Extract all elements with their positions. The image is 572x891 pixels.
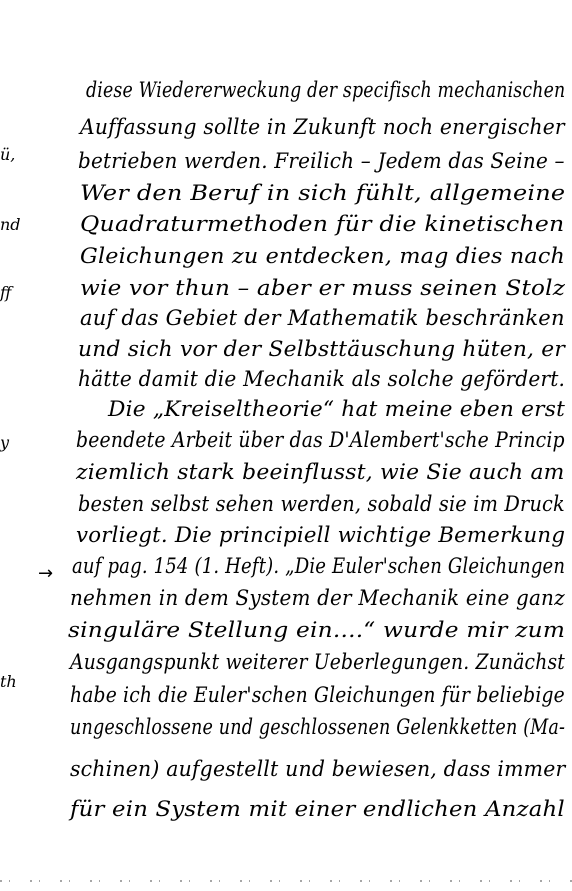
margin-arrow-icon: → [38, 563, 53, 584]
scan-artifact-line [0, 880, 572, 882]
text-line-22: schinen) aufgestellt und bewiesen, dass … [70, 757, 565, 781]
text-line-6: Gleichungen zu entdecken, mag dies nach [80, 244, 565, 268]
text-line-5: Quadraturmethoden für die kinetischen [80, 212, 564, 236]
text-line-23: für ein System mit einer endlichen Anzah… [70, 797, 565, 821]
text-line-2: Auffassung sollte in Zukunft noch energi… [80, 115, 565, 139]
margin-fragment: ü, [0, 145, 15, 164]
text-line-17: nehmen in dem System der Mechanik eine g… [70, 586, 565, 610]
text-line-20: habe ich die Euler'schen Gleichungen für… [70, 683, 565, 707]
text-line-1: diese Wiedererweckung der specifisch mec… [86, 78, 565, 102]
text-line-3: betrieben werden. Freilich – Jedem das S… [78, 149, 565, 173]
text-line-4: Wer den Beruf in sich fühlt, allgemeine [80, 181, 565, 205]
text-line-10: hätte damit die Mechanik als solche gefö… [78, 367, 565, 391]
text-line-8: auf das Gebiet der Mathematik beschränke… [80, 306, 565, 330]
text-line-21: ungeschlossene und geschlossenen Gelenkk… [70, 715, 565, 739]
margin-fragment: ff [0, 283, 11, 302]
text-line-7: wie vor thun – aber er muss seinen Stolz [80, 276, 565, 300]
text-line-11: Die „Kreiseltheorie“ hat meine eben erst [108, 397, 565, 421]
text-line-15: vorliegt. Die principiell wichtige Bemer… [76, 523, 565, 547]
text-line-16: auf pag. 154 (1. Heft). „Die Euler'schen… [72, 554, 565, 578]
text-line-9: und sich vor der Selbsttäuschung hüten, … [78, 337, 565, 361]
margin-fragment: nd [0, 215, 21, 234]
text-line-14: besten selbst sehen werden, sobald sie i… [78, 492, 565, 516]
text-line-12: beendete Arbeit über das D'Alembert'sche… [76, 428, 565, 452]
text-line-18: singuläre Stellung ein....“ wurde mir zu… [68, 618, 565, 642]
margin-fragment: th [0, 672, 17, 691]
margin-fragment: y [0, 433, 9, 452]
text-line-13: ziemlich stark beeinflusst, wie Sie auch… [76, 460, 565, 484]
text-line-19: Ausgangspunkt weiterer Ueberlegungen. Zu… [70, 650, 565, 674]
manuscript-page: diese Wiedererweckung der specifisch mec… [0, 0, 572, 891]
